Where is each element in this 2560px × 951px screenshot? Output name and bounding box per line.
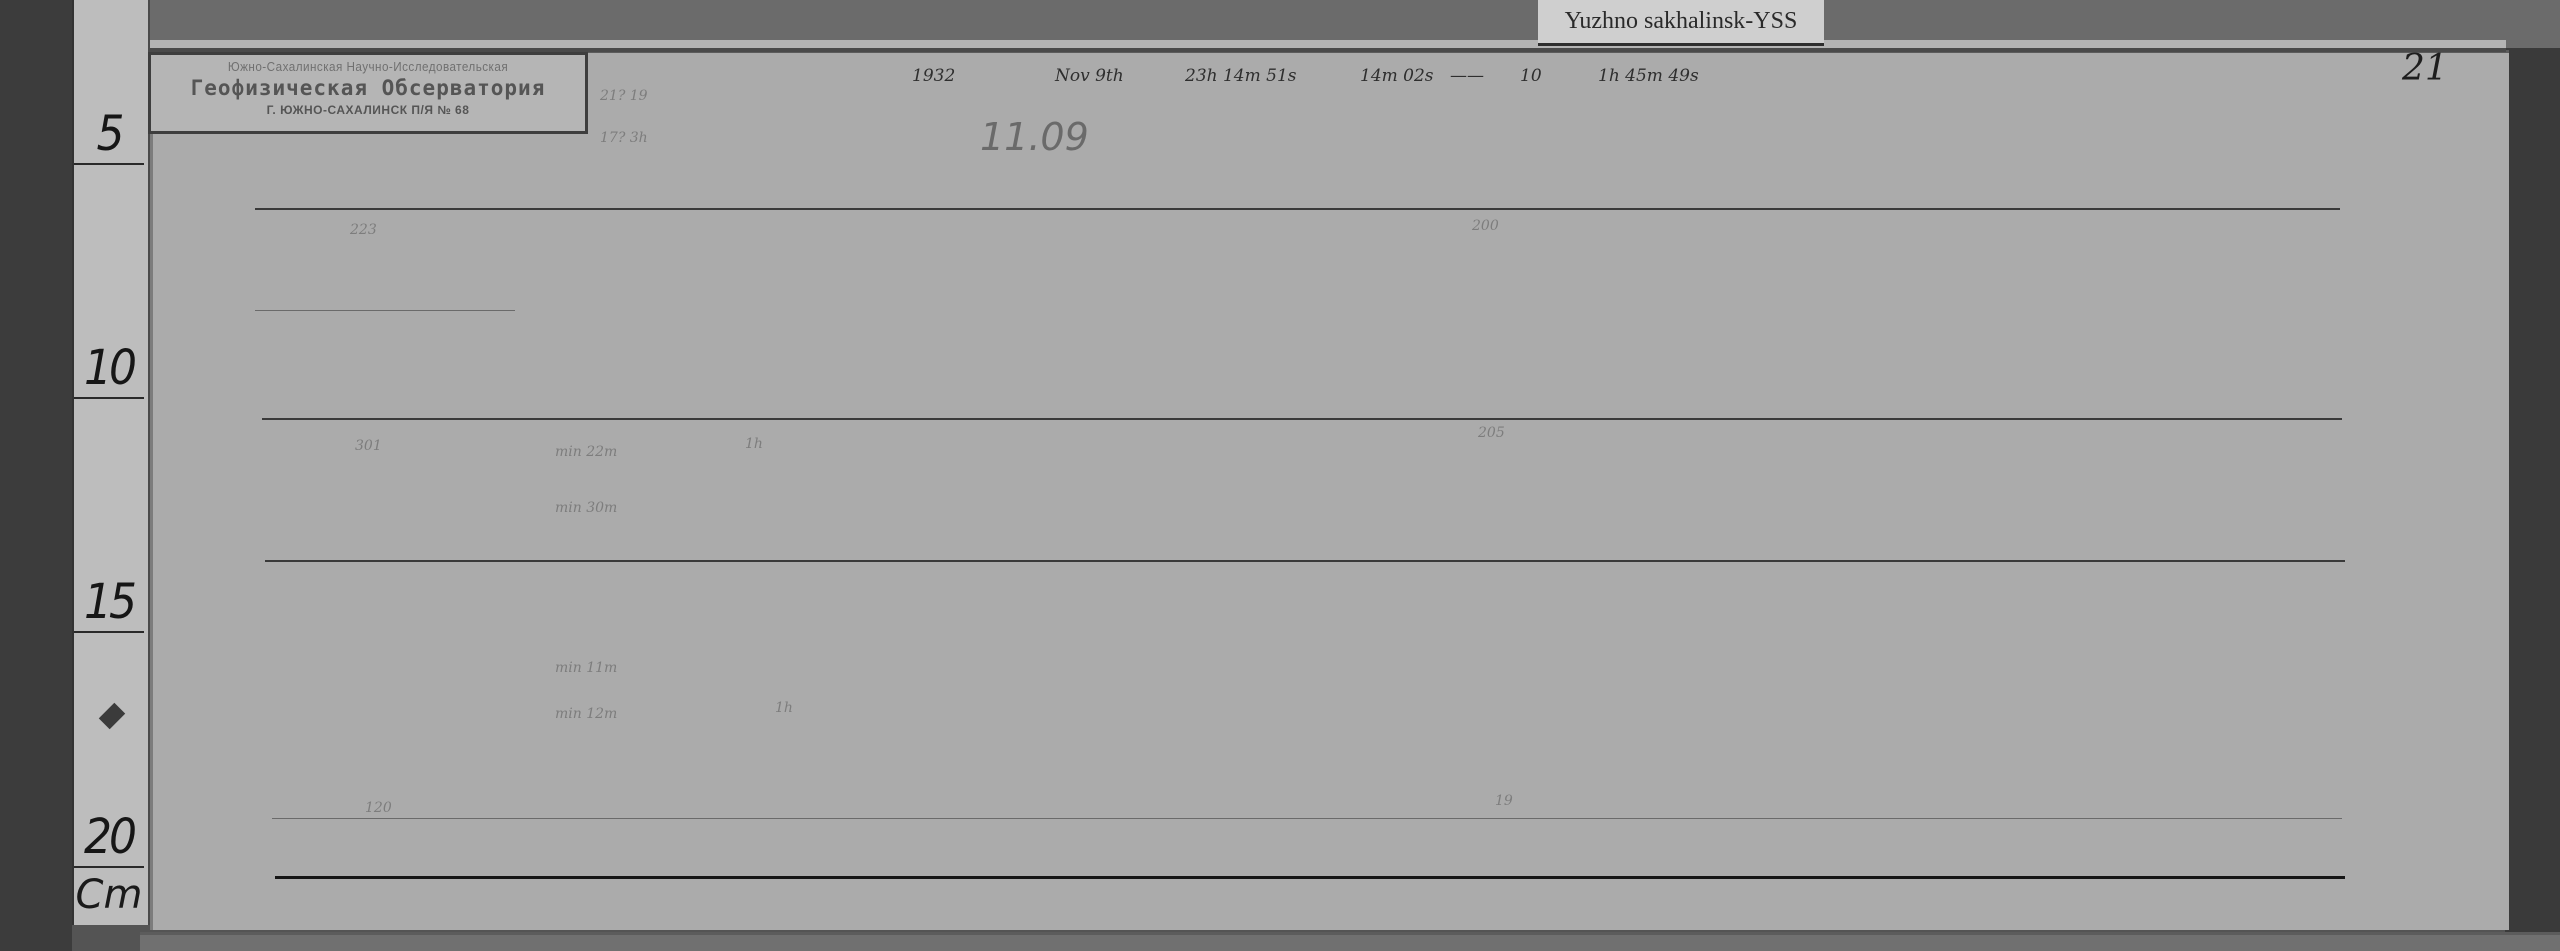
stamp-line-address: Г. ЮЖНО-САХАЛИНСК П/Я № 68: [151, 103, 585, 117]
trace-annotation: 1h: [745, 436, 763, 452]
trace-annotation: min 11m: [555, 660, 617, 676]
holder-bottom-strip: [140, 932, 2560, 951]
record-time-end: 1h 45m 49s: [1598, 66, 1699, 86]
observatory-stamp: Южно-Сахалинская Научно-Исследовательска…: [148, 52, 588, 134]
trace-line-3: [265, 560, 2345, 562]
trace-line-4: [272, 818, 2342, 819]
mid-annotation: 11.09: [980, 115, 1089, 159]
sheet-number: 21: [2402, 48, 2448, 89]
table-surface-left: [0, 0, 72, 951]
trace-fragment: [255, 310, 515, 311]
trace-annotation: 120: [365, 800, 392, 816]
ruler-mark: 15: [84, 579, 134, 634]
trace-annotation: 1h: [775, 700, 793, 716]
ruler-unit-label: Cm: [74, 872, 144, 918]
trace-annotation: 223: [350, 222, 377, 238]
centimeter-ruler: 5 10 15 20 Cm: [72, 0, 150, 925]
ruler-segment-20: 20: [74, 633, 144, 868]
trace-annotation: min 12m: [555, 706, 617, 722]
record-year: 1932: [912, 66, 955, 86]
table-surface-right: [2505, 0, 2560, 951]
ruler-segment-10: 10: [74, 165, 144, 399]
record-time-second: 14m 02s: [1360, 66, 1434, 86]
stamp-adjacent-note: 21? 19: [600, 88, 648, 104]
ruler-mark: 20: [84, 814, 134, 869]
trace-line-5: [275, 876, 2345, 879]
trace-line-1: [255, 208, 2340, 210]
trace-annotation: 200: [1472, 218, 1499, 234]
record-dash: ——: [1450, 66, 1484, 86]
ruler-segment-15: 15: [74, 399, 144, 633]
trace-annotation: min 22m: [555, 444, 617, 460]
trace-annotation: 19: [1495, 793, 1513, 809]
record-date: Nov 9th: [1055, 66, 1124, 86]
trace-line-2: [262, 418, 2342, 420]
trace-annotation: 301: [355, 438, 382, 454]
stamp-adjacent-note: 17? 3h: [600, 130, 648, 146]
ruler-mark: 10: [84, 345, 134, 400]
stamp-line-institute: Южно-Сахалинская Научно-Исследовательска…: [173, 59, 564, 74]
record-time-start: 23h 14m 51s: [1185, 66, 1297, 86]
ruler-segment-5: 5: [74, 0, 144, 165]
trace-annotation: 205: [1478, 425, 1505, 441]
trace-annotation: min 30m: [555, 500, 617, 516]
record-value: 10: [1520, 66, 1542, 86]
stamp-line-observatory: Геофизическая Обсерватория: [151, 76, 585, 100]
ruler-mark: 5: [97, 111, 122, 166]
station-label: Yuzhno sakhalinsk-YSS: [1538, 0, 1824, 46]
seismogram-paper: [150, 50, 2509, 930]
